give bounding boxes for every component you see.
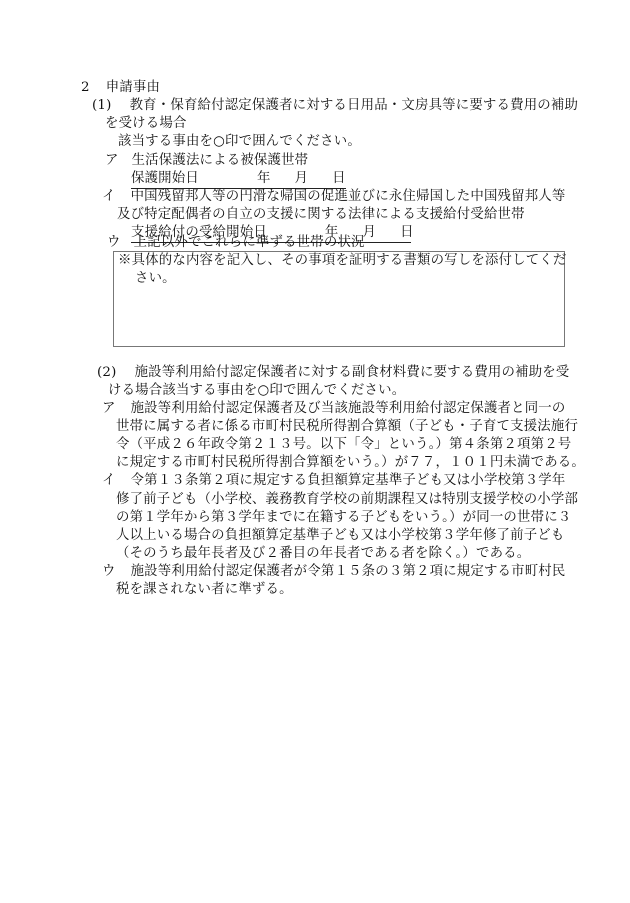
part1-item-a[interactable]: ア生活保護法による被保護世帯 (105, 152, 308, 170)
item-marker: ア (102, 401, 116, 416)
day-label: 日 (400, 225, 414, 240)
month-label: 月 (295, 171, 309, 186)
item-text: 生活保護法による被保護世帯 (132, 153, 309, 168)
part2-item-u[interactable]: ウ施設等利用給付認定保護者が令第１５条の３第２項に規定する市町村民 (102, 563, 566, 581)
part2-item-i[interactable]: イ令第１３条第２項に規定する負担額算定基準子ども又は小学校第３学年 (102, 472, 566, 490)
part2-item-a[interactable]: ア施設等利用給付認定保護者及び当該施設等利用給付認定保護者と同一の (102, 400, 566, 418)
part1-item-u[interactable]: ウ上記以外でこれらに準ずる世帯の状況 (107, 234, 365, 252)
item-marker: イ (102, 473, 116, 488)
part2-item-a-line: 世帯に属する者に係る市町村民税所得割合算額（子ども・子育て支援法施行 (116, 418, 578, 436)
part1-heading-text: 教育・保育給付認定保護者に対する日用品・文房具等に要する費用の補助 (130, 98, 579, 113)
section-number: 2 (81, 80, 90, 95)
part2-item-i-line: （そのうち最年長者及び２番目の年長者である者を除く。）である。 (116, 545, 530, 563)
part1-label: (1) (92, 98, 112, 113)
part1-item-a-date-field[interactable]: 保護開始日年月日 (131, 170, 346, 189)
part1-item-i-cont: 及び特定配偶者の自立の支援に関する法律による支援給付受給世帯 (117, 206, 525, 224)
item-text: 施設等利用給付認定保護者及び当該施設等利用給付認定保護者と同一の (131, 401, 566, 416)
part2-item-i-line: 修了前子ども（小学校、義務教育学校の前期課程又は特別支援学校の小学部 (116, 491, 578, 509)
part2-item-u-line: 税を課されない者に準ずる。 (116, 581, 293, 599)
part2-item-a-line: 令（平成２６年政令第２１３号。以下「令」という。）第４条第２項第２号 (116, 436, 571, 454)
part1-heading: (1)教育・保育給付認定保護者に対する日用品・文房具等に要する費用の補助 (92, 97, 578, 115)
day-label: 日 (332, 171, 346, 186)
part2-heading: (2)施設等利用給付認定保護者に対する副食材料費に要する費用の補助を受 (97, 364, 569, 382)
item-text: 上記以外でこれらに準ずる世帯の状況 (134, 235, 365, 250)
item-marker: ウ (107, 235, 121, 250)
part2-heading-cont: ける場合該当する事由を○印で囲んでください。 (108, 382, 405, 400)
item-marker: ウ (102, 564, 116, 579)
item-text: 中国残留邦人等の円滑な帰国の促進並びに永住帰国した中国残留邦人等 (131, 189, 566, 204)
part2-item-i-line: の第１学年から第３学年までに在籍する子どもをいう。）が同一の世帯に３ (116, 509, 571, 527)
part2-item-i-line: 人以上いる場合の負担額算定基準子ども又は小学校第３学年修了前子ども (116, 527, 565, 545)
box-note-cont: さい。 (135, 270, 176, 288)
part1-heading-cont: を受ける場合 (105, 115, 187, 133)
year-label: 年 (257, 171, 271, 186)
part1-instruction: 該当する事由を○印で囲んでください。 (118, 133, 361, 151)
date-label: 保護開始日 (131, 171, 199, 186)
box-note: ※具体的な内容を記入し、その事項を証明する書類の写しを添付してくだ (118, 252, 567, 270)
item-text: 令第１３条第２項に規定する負担額算定基準子ども又は小学校第３学年 (131, 473, 566, 488)
item-marker: イ (102, 189, 116, 204)
section-heading: 2申請事由 (81, 79, 160, 97)
item-text: 施設等利用給付認定保護者が令第１５条の３第２項に規定する市町村民 (131, 564, 566, 579)
part1-item-i[interactable]: イ中国残留邦人等の円滑な帰国の促進並びに永住帰国した中国残留邦人等 (102, 188, 566, 206)
item-marker: ア (105, 153, 119, 168)
part2-item-a-line: に規定する市町村民税所得割合算額をいう。）が７７，１０１円未満である。 (116, 454, 585, 472)
situation-description-box[interactable]: ※具体的な内容を記入し、その事項を証明する書類の写しを添付してくだ さい。 (113, 251, 565, 347)
part2-heading-text: 施設等利用給付認定保護者に対する副食材料費に要する費用の補助を受 (135, 365, 570, 380)
section-title: 申請事由 (106, 80, 160, 95)
part2-label: (2) (97, 365, 117, 380)
